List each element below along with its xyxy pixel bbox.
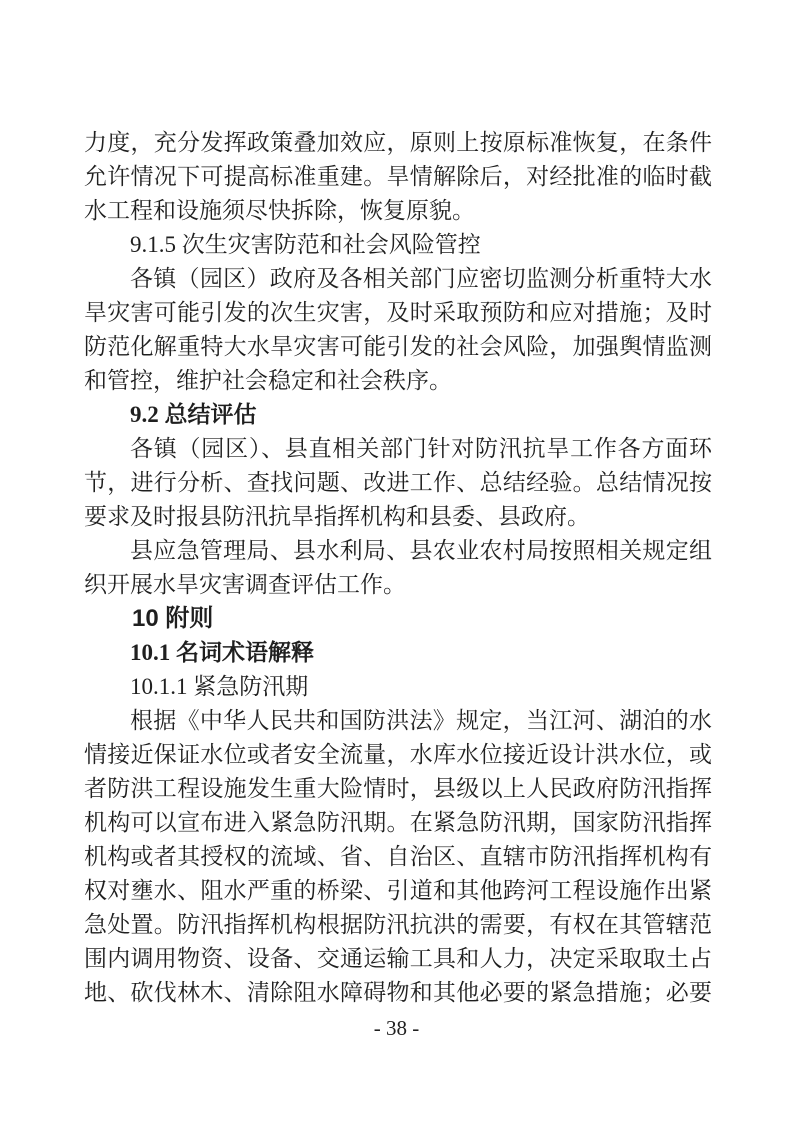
text-line: 围内调用物资、设备、交通运输工具和人力，决定采取取土占 xyxy=(84,942,712,976)
text-line: 织开展水旱灾害调查评估工作。 xyxy=(84,568,712,602)
text-line: 情接近保证水位或者安全流量，水库水位接近设计洪水位，或 xyxy=(84,738,712,772)
text-line: 机构或者其授权的流域、省、自治区、直辖市防汛指挥机构有 xyxy=(84,840,712,874)
text-line: 急处置。防汛指挥机构根据防汛抗洪的需要，有权在其管辖范 xyxy=(84,908,712,942)
heading-10-1-1: 10.1.1 紧急防汛期 xyxy=(84,670,712,704)
page-body-text: 力度，充分发挥政策叠加效应，原则上按原标准恢复，在条件 允许情况下可提高标准重建… xyxy=(84,126,712,1010)
text-line: 权对壅水、阻水严重的桥梁、引道和其他跨河工程设施作出紧 xyxy=(84,874,712,908)
text-line: 机构可以宣布进入紧急防汛期。在紧急防汛期，国家防汛指挥 xyxy=(84,806,712,840)
text-line: 各镇（园区）政府及各相关部门应密切监测分析重特大水 xyxy=(84,262,712,296)
text-line: 要求及时报县防汛抗旱指挥机构和县委、县政府。 xyxy=(84,500,712,534)
document-page: 力度，充分发挥政策叠加效应，原则上按原标准恢复，在条件 允许情况下可提高标准重建… xyxy=(0,0,793,1122)
text-line: 县应急管理局、县水利局、县农业农村局按照相关规定组 xyxy=(84,534,712,568)
text-line: 允许情况下可提高标准重建。旱情解除后，对经批准的临时截 xyxy=(84,160,712,194)
text-line: 各镇（园区）、县直相关部门针对防汛抗旱工作各方面环 xyxy=(84,432,712,466)
text-line: 旱灾害可能引发的次生灾害，及时采取预防和应对措施；及时 xyxy=(84,296,712,330)
heading-10-1: 10.1 名词术语解释 xyxy=(84,636,712,670)
text-line: 根据《中华人民共和国防洪法》规定，当江河、湖泊的水 xyxy=(84,704,712,738)
text-line: 地、砍伐林木、清除阻水障碍物和其他必要的紧急措施；必要 xyxy=(84,976,712,1010)
heading-10: 10 附则 xyxy=(84,602,712,636)
text-line: 者防洪工程设施发生重大险情时，县级以上人民政府防汛指挥 xyxy=(84,772,712,806)
heading-9-2: 9.2 总结评估 xyxy=(84,398,712,432)
page-number: - 38 - xyxy=(0,1016,793,1041)
heading-9-1-5: 9.1.5 次生灾害防范和社会风险管控 xyxy=(84,228,712,262)
text-line: 力度，充分发挥政策叠加效应，原则上按原标准恢复，在条件 xyxy=(84,126,712,160)
text-line: 节，进行分析、查找问题、改进工作、总结经验。总结情况按 xyxy=(84,466,712,500)
text-line: 水工程和设施须尽快拆除，恢复原貌。 xyxy=(84,194,712,228)
text-line: 和管控，维护社会稳定和社会秩序。 xyxy=(84,364,712,398)
text-line: 防范化解重特大水旱灾害可能引发的社会风险，加强舆情监测 xyxy=(84,330,712,364)
